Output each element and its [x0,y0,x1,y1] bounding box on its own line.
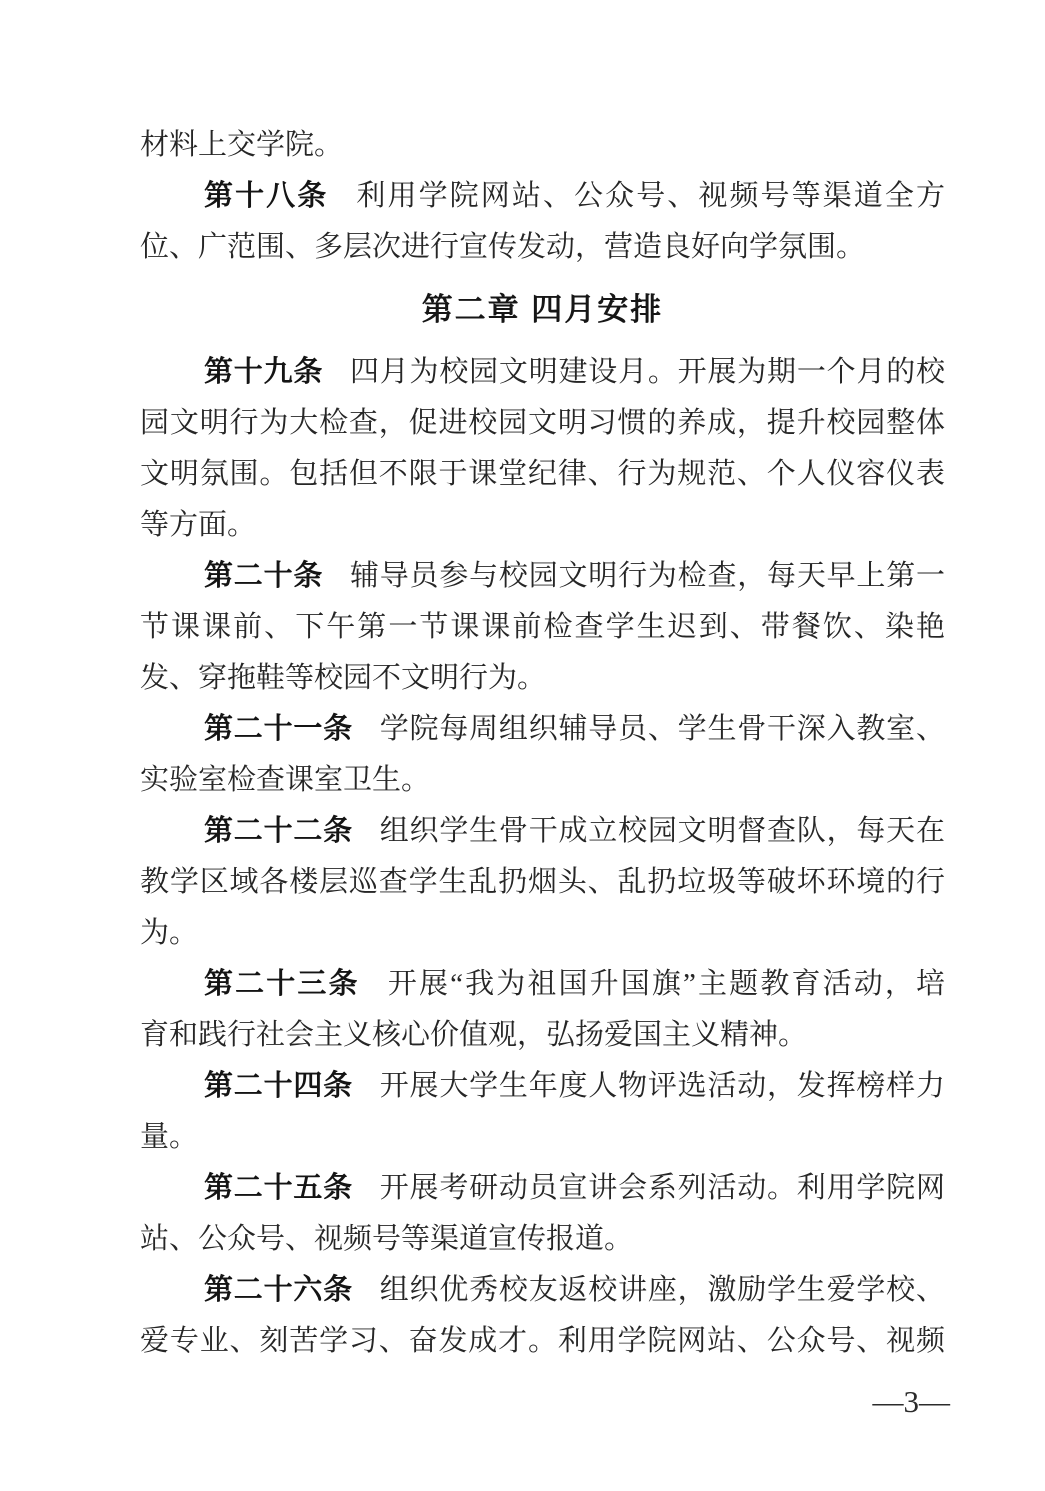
label-gap [360,992,386,993]
line-text: 四月为校园文明建设月。开展为期一个月的校 [349,356,945,388]
text-line: 第二十六条组织优秀校友返校讲座，激励学生爱学校、 [140,1265,945,1316]
label-gap [353,1094,379,1095]
text-line: 育和践行社会主义核心价值观，弘扬爱国主义精神。 [140,1010,945,1061]
label-gap [323,380,349,381]
text-line: 第十八条利用学院网站、公众号、视频号等渠道全方 [140,171,945,222]
article-number-label: 第二十一条 [204,713,353,745]
text-line: 第二十五条开展考研动员宣讲会系列活动。利用学院网 [140,1163,945,1214]
text-line: 站、公众号、视频号等渠道宣传报道。 [140,1214,945,1265]
label-gap [328,204,354,205]
text-line: 等方面。 [140,500,945,551]
text-line: 爱专业、刻苦学习、奋发成才。利用学院网站、公众号、视频 [140,1316,945,1367]
text-line: 第二十一条学院每周组织辅导员、学生骨干深入教室、 [140,704,945,755]
text-line: 第二十四条开展大学生年度人物评选活动，发挥榜样力 [140,1061,945,1112]
text-line: 第二十条辅导员参与校园文明行为检查，每天早上第一 [140,551,945,602]
article-number-label: 第二十五条 [204,1172,353,1204]
page-number: —3— [873,1384,951,1420]
line-text: 组织优秀校友返校讲座，激励学生爱学校、 [379,1274,945,1306]
text-line: 实验室检查课室卫生。 [140,755,945,806]
article-number-label: 第二十六条 [204,1274,353,1306]
text-line: 园文明行为大检查，促进校园文明习惯的养成，提升校园整体 [140,398,945,449]
article-number-label: 第二十条 [204,560,323,592]
line-text: 开展“我为祖国升国旗”主题教育活动，培 [386,968,945,1000]
article-number-label: 第二十四条 [204,1070,353,1102]
article-number-label: 第二十二条 [204,815,353,847]
line-text: 组织学生骨干成立校园文明督查队，每天在 [379,815,945,847]
text-line: 材料上交学院。 [140,120,945,171]
article-number-label: 第十九条 [204,356,323,388]
text-line: 教学区域各楼层巡查学生乱扔烟头、乱扔垃圾等破坏环境的行 [140,857,945,908]
text-line: 量。 [140,1112,945,1163]
text-line: 第二十二条组织学生骨干成立校园文明督查队，每天在 [140,806,945,857]
chapter-heading: 第二章 四月安排 [140,284,945,335]
article-number-label: 第二十三条 [204,968,360,1000]
text-line: 发、穿拖鞋等校园不文明行为。 [140,653,945,704]
line-text: 利用学院网站、公众号、视频号等渠道全方 [354,180,945,212]
article-number-label: 第十八条 [204,180,328,212]
text-line: 第十九条四月为校园文明建设月。开展为期一个月的校 [140,347,945,398]
label-gap [353,1196,379,1197]
line-text: 开展考研动员宣讲会系列活动。利用学院网 [379,1172,945,1204]
text-line: 位、广范围、多层次进行宣传发动，营造良好向学氛围。 [140,222,945,273]
label-gap [353,737,379,738]
document-body: 材料上交学院。第十八条利用学院网站、公众号、视频号等渠道全方位、广范围、多层次进… [140,120,945,1367]
line-text: 学院每周组织辅导员、学生骨干深入教室、 [379,713,945,745]
line-text: 开展大学生年度人物评选活动，发挥榜样力 [379,1070,945,1102]
text-line: 第二十三条开展“我为祖国升国旗”主题教育活动，培 [140,959,945,1010]
document-page: 材料上交学院。第十八条利用学院网站、公众号、视频号等渠道全方位、广范围、多层次进… [0,0,1045,1491]
text-line: 为。 [140,908,945,959]
text-line: 节课课前、下午第一节课课前检查学生迟到、带餐饮、染艳 [140,602,945,653]
text-line: 文明氛围。包括但不限于课堂纪律、行为规范、个人仪容仪表 [140,449,945,500]
label-gap [353,1298,379,1299]
line-text: 辅导员参与校园文明行为检查，每天早上第一 [349,560,945,592]
label-gap [323,584,349,585]
label-gap [353,839,379,840]
